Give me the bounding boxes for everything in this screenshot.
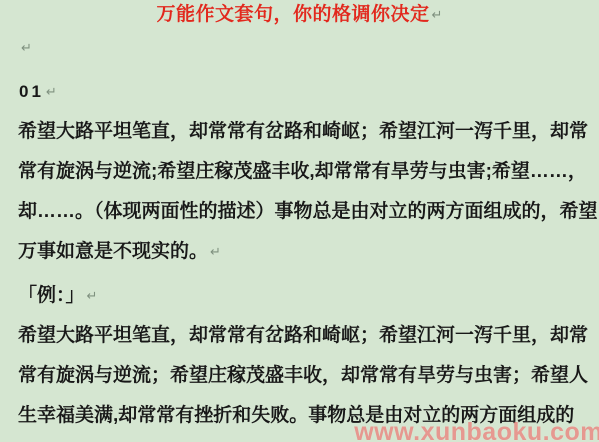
body-line: 万事如意是不现实的。↵ bbox=[18, 232, 589, 272]
example-label-line: 「例：」↵ bbox=[18, 276, 97, 316]
pilcrow-mark-icon: ↵ bbox=[432, 7, 443, 22]
example-label: 「例：」 bbox=[18, 285, 85, 306]
body-line: 常有旋涡与逆流；希望庄稼茂盛丰收，却常常有旱劳与虫害；希望人 bbox=[18, 356, 589, 396]
section-number: 01 bbox=[19, 82, 44, 101]
document-title: 万能作文套句，你的格调你决定 bbox=[157, 4, 430, 25]
paragraph-1: 希望大路平坦笔直，却常常有岔路和崎岖；希望江河一泻千里，却常 常有旋涡与逆流;希… bbox=[18, 112, 589, 272]
empty-paragraph-line: ↵ bbox=[19, 38, 32, 59]
pilcrow-mark-icon: ↵ bbox=[46, 84, 57, 99]
section-heading-line: 01↵ bbox=[19, 78, 57, 107]
body-line: 却……。（体现两面性的描述）事物总是由对立的两方面组成的，希望 bbox=[18, 192, 589, 232]
paragraph-2: 希望大路平坦笔直，却常常有岔路和崎岖；希望江河一泻千里，却常 常有旋涡与逆流；希… bbox=[18, 316, 589, 436]
body-line: 常有旋涡与逆流;希望庄稼茂盛丰收,却常常有旱劳与虫害;希望……， bbox=[18, 152, 589, 192]
body-line-text: 万事如意是不现实的。 bbox=[18, 241, 208, 262]
pilcrow-mark-icon: ↵ bbox=[21, 40, 32, 55]
body-line: 希望大路平坦笔直，却常常有岔路和崎岖；希望江河一泻千里，却常 bbox=[18, 316, 589, 356]
document-title-line: 万能作文套句，你的格调你决定↵ bbox=[0, 2, 599, 29]
pilcrow-mark-icon: ↵ bbox=[87, 288, 98, 303]
body-line: 生幸福美满,却常常有挫折和失败。事物总是由对立的两方面组成的 bbox=[18, 396, 589, 436]
body-line: 希望大路平坦笔直，却常常有岔路和崎岖；希望江河一泻千里，却常 bbox=[18, 112, 589, 152]
document-page[interactable]: 万能作文套句，你的格调你决定↵ ↵ 01↵ 希望大路平坦笔直，却常常有岔路和崎岖… bbox=[0, 0, 599, 442]
pilcrow-mark-icon: ↵ bbox=[210, 244, 221, 259]
